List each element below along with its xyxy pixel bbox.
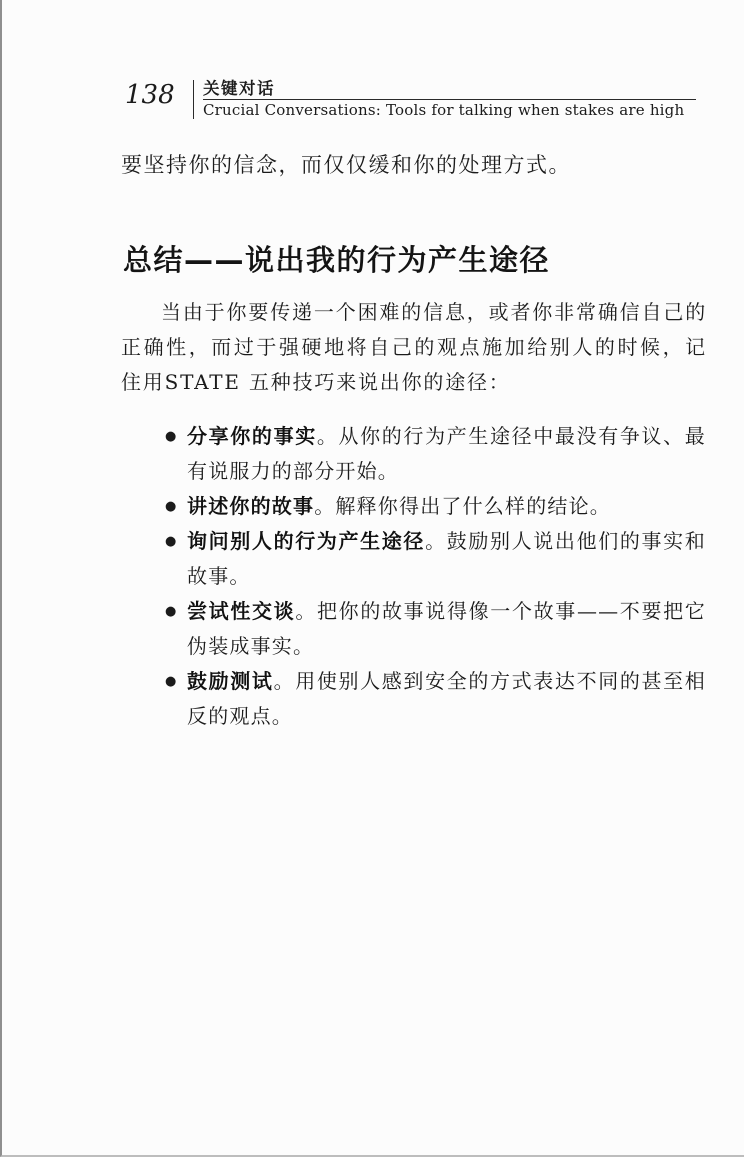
bullet-icon: ● — [165, 419, 176, 454]
section-heading: 总结——说出我的行为产生途径 — [123, 238, 550, 279]
list-item: ●询问别人的行为产生途径。鼓励别人说出他们的事实和故事。 — [165, 524, 706, 594]
bullet-icon: ● — [165, 524, 176, 559]
page-number: 138 — [125, 80, 181, 110]
bullet-icon: ● — [165, 594, 176, 629]
book-title-english: Crucial Conversations: Tools for talking… — [203, 100, 696, 119]
bullet-lead: 讲述你的故事 — [187, 494, 314, 518]
list-item: ●讲述你的故事。解释你得出了什么样的结论。 — [165, 489, 706, 524]
list-item: ●尝试性交谈。把你的故事说得像一个故事——不要把它伪装成事实。 — [165, 594, 706, 664]
bullet-icon: ● — [165, 489, 176, 524]
bullet-lead: 鼓励测试 — [187, 669, 274, 693]
bullet-lead: 分享你的事实 — [187, 424, 317, 448]
list-item: ●鼓励测试。用使别人感到安全的方式表达不同的甚至相反的观点。 — [165, 664, 706, 734]
book-page: 138 关键对话 Crucial Conversations: Tools fo… — [0, 0, 744, 1157]
bullet-lead: 询问别人的行为产生途径 — [187, 529, 425, 553]
bullet-lead: 尝试性交谈 — [187, 599, 295, 623]
bullet-icon: ● — [165, 664, 176, 699]
list-item: ●分享你的事实。从你的行为产生途径中最没有争议、最有说服力的部分开始。 — [165, 419, 706, 489]
running-head: 关键对话 Crucial Conversations: Tools for ta… — [193, 80, 696, 119]
page-header: 138 关键对话 Crucial Conversations: Tools fo… — [125, 80, 696, 119]
summary-list: ●分享你的事实。从你的行为产生途径中最没有争议、最有说服力的部分开始。 ●讲述你… — [165, 419, 706, 734]
intro-paragraph: 当由于你要传递一个困难的信息，或者你非常确信自己的正确性，而过于强硬地将自己的观… — [121, 295, 707, 400]
paragraph-continuation: 要坚持你的信念，而仅仅缓和你的处理方式。 — [121, 150, 711, 180]
book-title-chinese: 关键对话 — [203, 80, 696, 99]
bullet-text: 。解释你得出了什么样的结论。 — [314, 494, 611, 518]
